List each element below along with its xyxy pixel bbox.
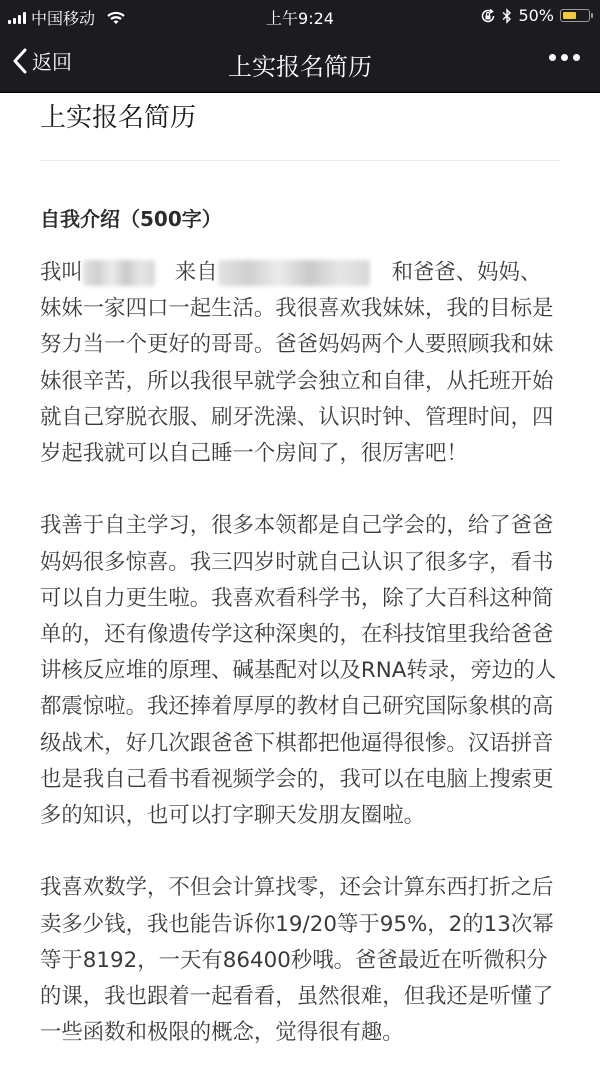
text-fragment: 我叫 <box>40 260 83 285</box>
text-fragment: 和爸爸、妈妈、妹妹一家四口一起生活。我很喜欢我妹妹，我的目标是努力当一个更好的哥… <box>40 260 553 466</box>
bluetooth-icon <box>502 8 512 24</box>
status-icons: 50% <box>480 6 590 25</box>
section-heading: 自我介绍（500字） <box>40 205 560 233</box>
text-fragment: 来自 <box>175 260 218 285</box>
nav-title: 上实报名简历 <box>0 47 600 82</box>
status-bar: 中国移动 上午9:24 50% <box>0 0 600 34</box>
paragraph-learning: 我善于自主学习，很多本领都是自己学会的，给了爸爸妈妈很多惊喜。我三四岁时就自己认… <box>40 508 560 834</box>
battery-percent: 50% <box>518 6 554 25</box>
battery-icon <box>560 9 590 22</box>
paragraph-intro: 我叫来自和爸爸、妈妈、妹妹一家四口一起生活。我很喜欢我妹妹，我的目标是努力当一个… <box>40 255 560 472</box>
nav-bar: 返回 上实报名简历 <box>0 34 600 93</box>
divider <box>40 160 560 161</box>
name-redacted <box>83 260 155 286</box>
rotation-lock-icon <box>480 8 496 24</box>
article: 上实报名简历 自我介绍（500字） 我叫来自和爸爸、妈妈、妹妹一家四口一起生活。… <box>40 92 560 1051</box>
page-title: 上实报名简历 <box>40 100 560 136</box>
location-redacted <box>218 260 370 286</box>
paragraph-math: 我喜欢数学，不但会计算找零，还会计算东西打折之后卖多少钱，我也能告诉你19/20… <box>40 870 560 1051</box>
more-icon[interactable] <box>549 54 580 61</box>
